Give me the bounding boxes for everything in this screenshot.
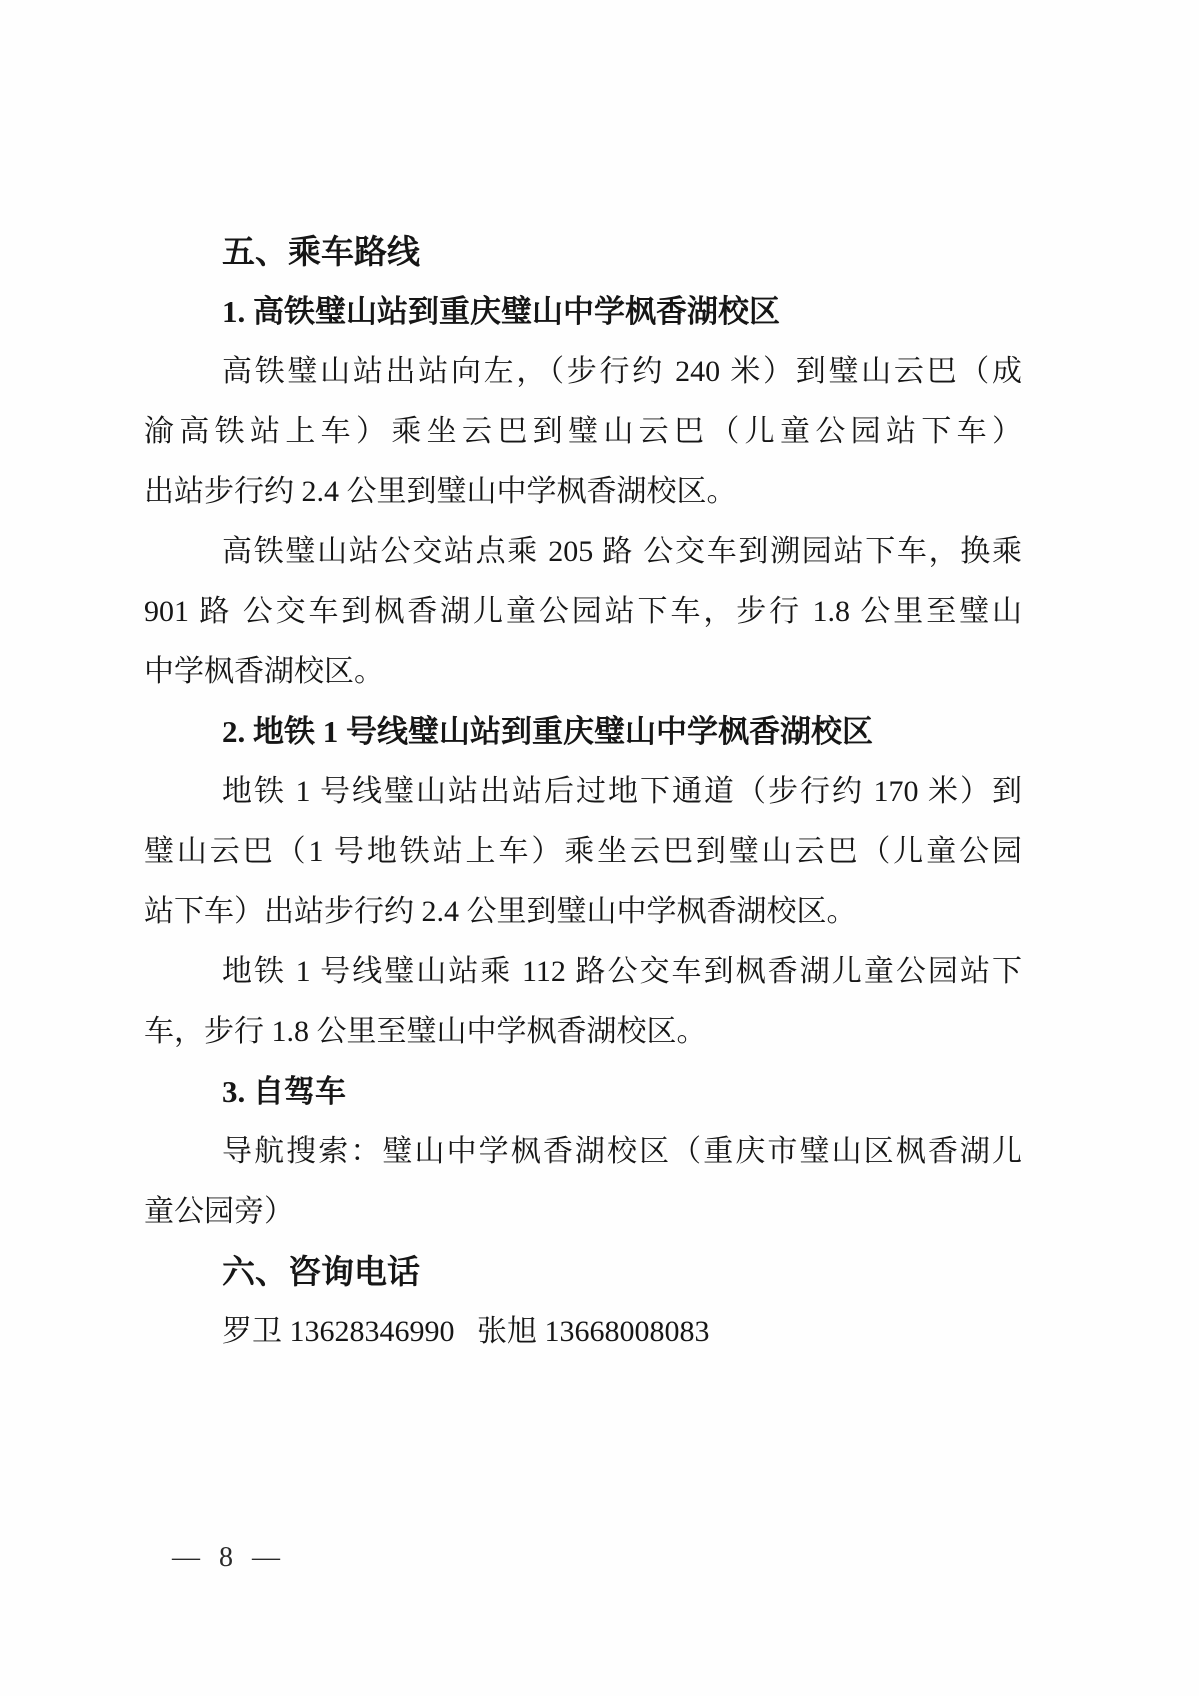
route-1-para-2-line-2: 901 路 公交车到枫香湖儿童公园站下车，步行 1.8 公里至璧山 (144, 582, 1022, 642)
route-1-para-1-line-1: 高铁璧山站出站向左，（步行约 240 米）到璧山云巴（成 (144, 342, 1022, 402)
route-2-heading: 2. 地铁 1 号线璧山站到重庆璧山中学枫香湖校区 (144, 702, 1022, 762)
route-2-para-1-line-1: 地铁 1 号线璧山站出站后过地下通道（步行约 170 米）到 (144, 762, 1022, 822)
route-1-para-1-line-2: 渝高铁站上车）乘坐云巴到璧山云巴（儿童公园站下车） (144, 402, 1022, 462)
route-3-para-line-1: 导航搜索：璧山中学枫香湖校区（重庆市璧山区枫香湖儿 (144, 1122, 1022, 1182)
contact-phones-line: 罗卫 13628346990 张旭 13668008083 (144, 1302, 1022, 1362)
route-2-para-1-line-2: 璧山云巴（1 号地铁站上车）乘坐云巴到璧山云巴（儿童公园 (144, 822, 1022, 882)
route-2-para-1-line-3: 站下车）出站步行约 2.4 公里到璧山中学枫香湖校区。 (144, 882, 1022, 942)
section-6-heading: 六、咨询电话 (144, 1242, 1022, 1302)
document-page: 五、乘车路线 1. 高铁璧山站到重庆璧山中学枫香湖校区 高铁璧山站出站向左，（步… (0, 0, 1199, 1696)
document-body: 五、乘车路线 1. 高铁璧山站到重庆璧山中学枫香湖校区 高铁璧山站出站向左，（步… (144, 222, 1022, 1362)
route-1-para-1-line-3: 出站步行约 2.4 公里到璧山中学枫香湖校区。 (144, 462, 1022, 522)
page-number: — 8 — (172, 1536, 280, 1580)
route-1-para-2-line-3: 中学枫香湖校区。 (144, 642, 1022, 702)
section-5-heading: 五、乘车路线 (144, 222, 1022, 282)
route-1-para-2-line-1: 高铁璧山站公交站点乘 205 路 公交车到溯园站下车，换乘 (144, 522, 1022, 582)
route-3-para-line-2: 童公园旁） (144, 1182, 1022, 1242)
route-2-para-2-line-2: 车，步行 1.8 公里至璧山中学枫香湖校区。 (144, 1002, 1022, 1062)
route-3-heading: 3. 自驾车 (144, 1062, 1022, 1122)
route-1-heading: 1. 高铁璧山站到重庆璧山中学枫香湖校区 (144, 282, 1022, 342)
route-2-para-2-line-1: 地铁 1 号线璧山站乘 112 路公交车到枫香湖儿童公园站下 (144, 942, 1022, 1002)
